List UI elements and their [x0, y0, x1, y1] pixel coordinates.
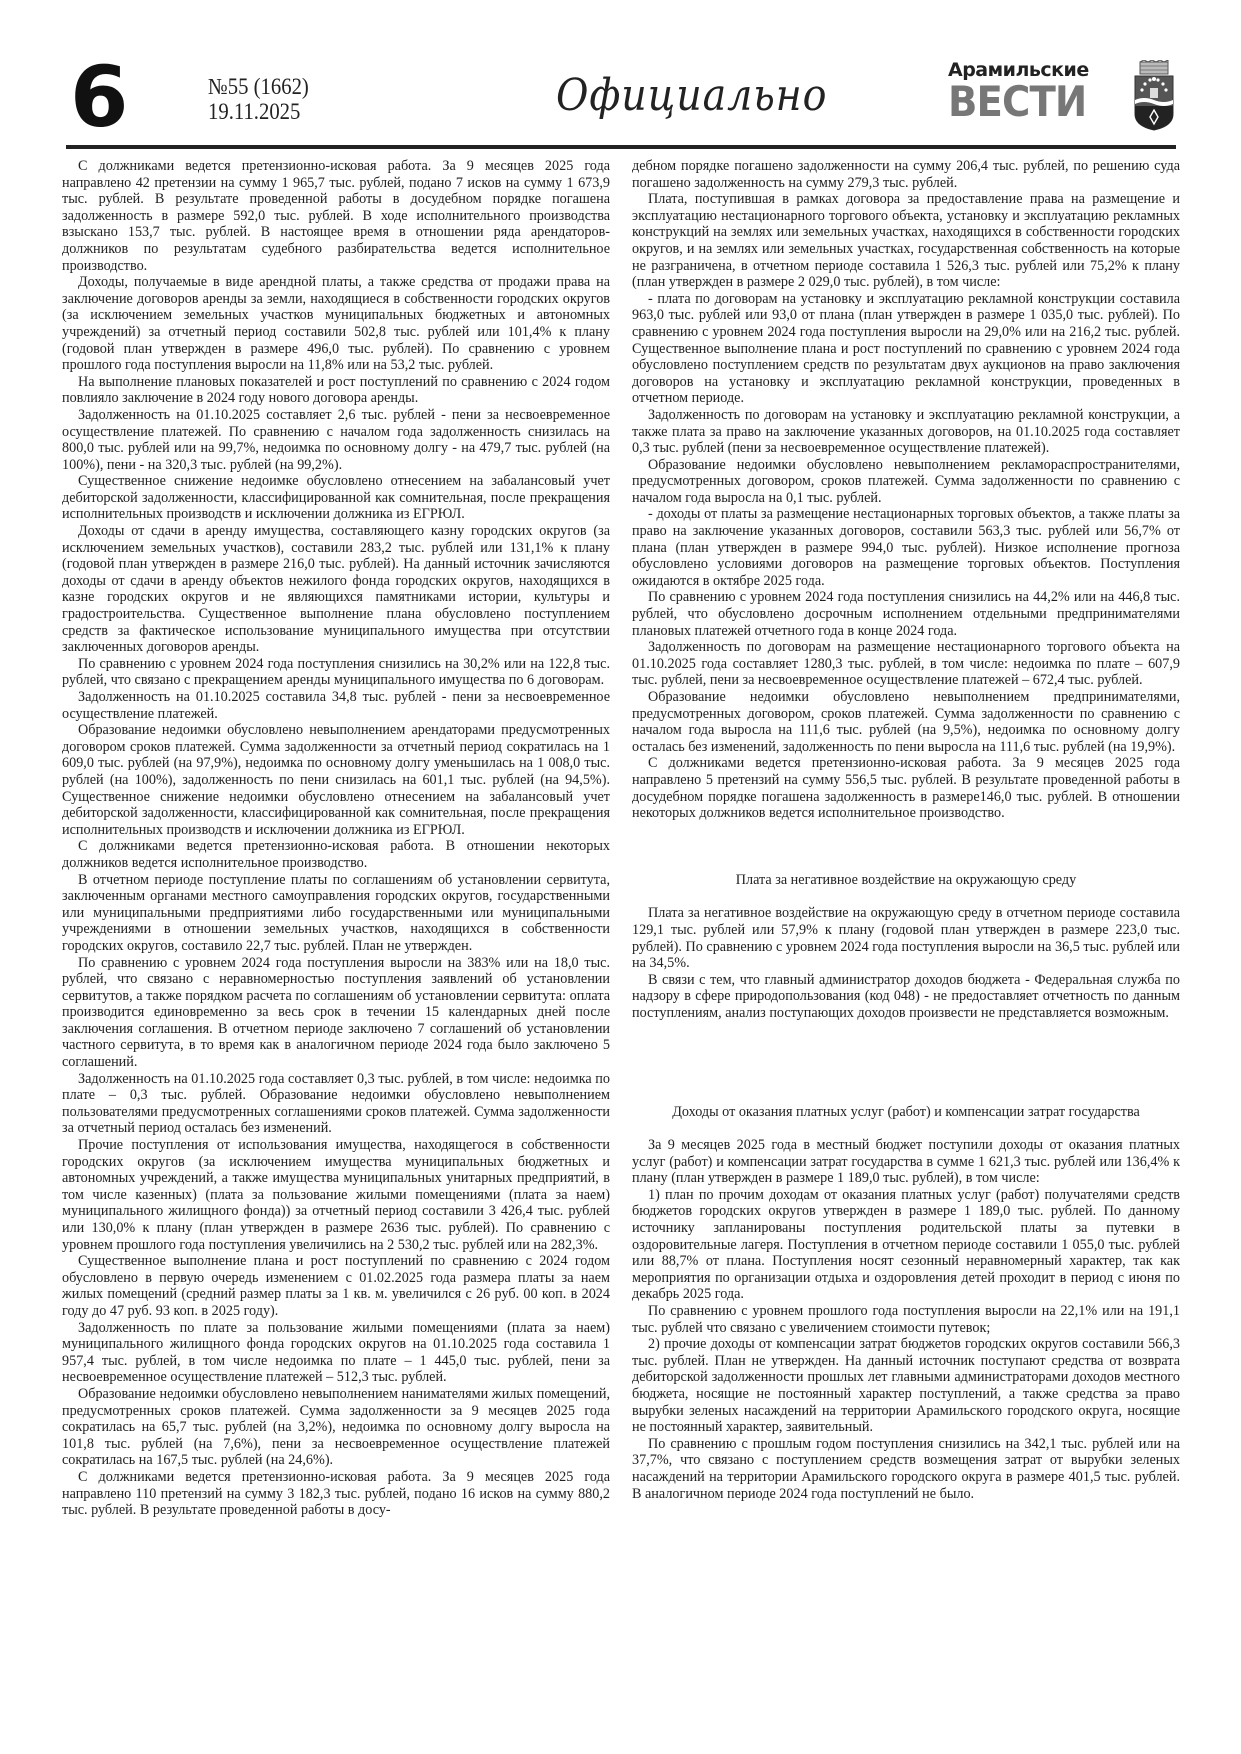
paragraph: Задолженность на 01.10.2025 составляет 2… — [62, 407, 610, 473]
paragraph: На выполнение плановых показателей и рос… — [62, 374, 610, 407]
paragraph: Доходы, получаемые в виде арендной платы… — [62, 274, 610, 374]
paragraph: Задолженность на 01.10.2025 составила 34… — [62, 689, 610, 722]
section-title: Официально — [556, 68, 827, 124]
paragraph: По сравнению с уровнем 2024 года поступл… — [632, 589, 1180, 639]
paragraph: За 9 месяцев 2025 года в местный бюджет … — [632, 1137, 1180, 1187]
left-column: С должниками ведется претензионно-искова… — [62, 158, 610, 1519]
paragraph: Существенное выполнение плана и рост пос… — [62, 1253, 610, 1319]
page-header: 6 №55 (1662) 19.11.2025 Официально Арами… — [0, 0, 1241, 150]
paragraph: Образование недоимки обусловлено невыпол… — [632, 689, 1180, 755]
paragraph: Плата, поступившая в рамках договора за … — [632, 191, 1180, 291]
paragraph-continuation: дебном порядке погашено задолженности на… — [632, 158, 1180, 191]
paragraph: Задолженность по плате за пользование жи… — [62, 1320, 610, 1386]
paragraph: С должниками ведется претензионно-искова… — [632, 755, 1180, 821]
paragraph: По сравнению с уровнем прошлого года пос… — [632, 1303, 1180, 1336]
paragraph: 1) план по прочим доходам от оказания пл… — [632, 1187, 1180, 1303]
issue-info: №55 (1662) 19.11.2025 — [208, 74, 309, 124]
paragraph: По сравнению с прошлым годом поступления… — [632, 1436, 1180, 1502]
newspaper-logo: Арамильские ВЕСТИ — [948, 60, 1108, 124]
coat-of-arms-icon — [1133, 60, 1175, 132]
paragraph: - плата по договорам на установку и эксп… — [632, 291, 1180, 407]
paragraph: Плата за негативное воздействие на окруж… — [632, 905, 1180, 971]
paragraph: По сравнению с уровнем 2024 года поступл… — [62, 656, 610, 689]
paragraph: С должниками ведется претензионно-искова… — [62, 158, 610, 274]
paragraph: Образование недоимки обусловлено невыпол… — [632, 457, 1180, 507]
paragraph: С должниками ведется претензионно-искова… — [62, 1469, 610, 1519]
header-rule — [66, 145, 1176, 149]
paragraph: По сравнению с уровнем 2024 года поступл… — [62, 955, 610, 1071]
logo-title: ВЕСТИ — [948, 80, 1095, 124]
section-heading-environment: Плата за негативное воздействие на окруж… — [632, 872, 1180, 889]
paragraph: Доходы от сдачи в аренду имущества, сост… — [62, 523, 610, 656]
right-column: дебном порядке погашено задолженности на… — [632, 158, 1180, 1502]
paragraph: В отчетном периоде поступление платы по … — [62, 872, 610, 955]
section-heading-paid-services: Доходы от оказания платных услуг (работ)… — [632, 1104, 1180, 1121]
paragraph: Образование недоимки обусловлено невыпол… — [62, 722, 610, 838]
paragraph: Задолженность по договорам на размещение… — [632, 639, 1180, 689]
issue-date: 19.11.2025 — [208, 99, 309, 124]
paragraph: Существенное снижение недоимке обусловле… — [62, 473, 610, 523]
paragraph: Образование недоимки обусловлено невыпол… — [62, 1386, 610, 1469]
paragraph: 2) прочие доходы от компенсации затрат б… — [632, 1336, 1180, 1436]
page-number: 6 — [70, 55, 128, 139]
paragraph: Задолженность по договорам на установку … — [632, 407, 1180, 457]
paragraph: С должниками ведется претензионно-искова… — [62, 838, 610, 871]
paragraph: Задолженность на 01.10.2025 года составл… — [62, 1071, 610, 1137]
issue-number: №55 (1662) — [208, 74, 309, 99]
paragraph: - доходы от платы за размещение нестацио… — [632, 506, 1180, 589]
paragraph: Прочие поступления от использования имущ… — [62, 1137, 610, 1253]
paragraph: В связи с тем, что главный администратор… — [632, 972, 1180, 1022]
